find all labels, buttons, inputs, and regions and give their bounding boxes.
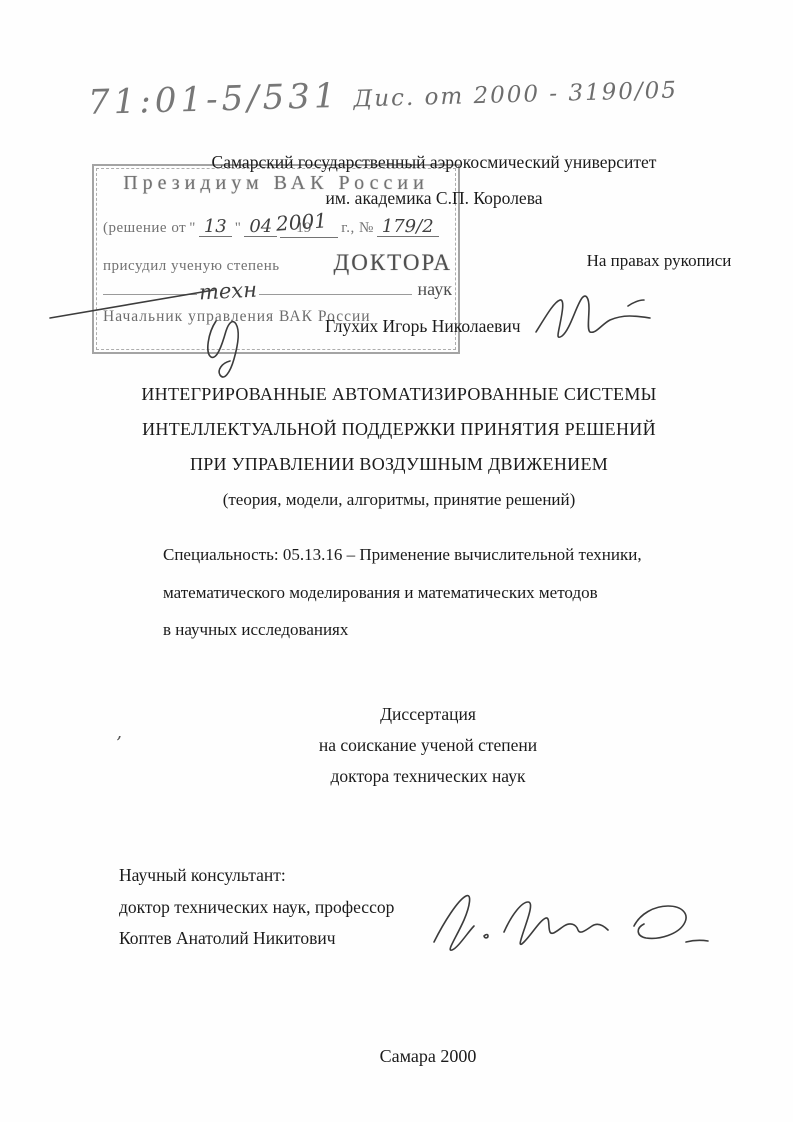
rights-note: На правах рукописи: [559, 251, 759, 271]
handwritten-inventory-note: 71:01-5/531 Дис. от 2000 - 3190/05: [88, 65, 729, 123]
grant-text: присудил ученую степень: [103, 258, 280, 275]
dissertation-title: ИНТЕГРИРОВАННЫЕ АВТОМАТИЗИРОВАННЫЕ СИСТЕ…: [40, 377, 758, 517]
decision-day-handwritten: 13: [199, 218, 232, 237]
specialty-block: Специальность: 05.13.16 – Применение выч…: [163, 536, 773, 649]
inventory-annotation: Дис. от 2000 - 3190/05: [353, 77, 678, 112]
city-year: Самара 2000: [128, 1046, 728, 1067]
stamp-decision-line: (решение от " 13 " 04 19 2001 г., № 179/…: [103, 218, 452, 238]
title-subtitle: (теория, модели, алгоритмы, принятие реш…: [40, 482, 758, 517]
quote-close: ": [235, 220, 242, 237]
title-line-2: ИНТЕЛЛЕКТУАЛЬНОЙ ПОДДЕРЖКИ ПРИНЯТИЯ РЕШЕ…: [40, 412, 758, 447]
dissertation-title-page: 71:01-5/531 Дис. от 2000 - 3190/05 Самар…: [0, 0, 793, 1122]
degree-doctor: ДОКТОРА: [334, 250, 452, 276]
title-line-1: ИНТЕГРИРОВАННЫЕ АВТОМАТИЗИРОВАННЫЕ СИСТЕ…: [40, 377, 758, 412]
inventory-number: 71:01-5/531: [88, 76, 340, 123]
university-name: Самарский государственный аэрокосмически…: [75, 152, 793, 173]
specialty-line-2: математического моделирования и математи…: [163, 574, 773, 612]
decision-year-field: 19 2001: [280, 219, 338, 238]
decision-year-handwritten: 2001: [275, 208, 327, 235]
pen-stroke: [48, 282, 218, 324]
consultant-signature: [428, 880, 718, 975]
date-suffix: г., №: [341, 220, 374, 237]
quote-open: ": [189, 220, 196, 237]
title-line-3: ПРИ УПРАВЛЕНИИ ВОЗДУШНЫМ ДВИЖЕНИЕМ: [40, 447, 758, 482]
handwritten-initial: [200, 315, 285, 383]
decision-month-handwritten: 04: [244, 218, 277, 237]
specialty-line-3: в научных исследованиях: [163, 611, 773, 649]
author-signature: [532, 288, 677, 350]
decision-prefix: (решение от: [103, 220, 186, 237]
stray-comma-mark: ’: [116, 733, 122, 754]
stamp-grant-line: присудил ученую степень ДОКТОРА: [103, 250, 452, 276]
dissertation-statement: Диссертация на соискание ученой степени …: [128, 699, 728, 792]
author-name: Глухих Игорь Николаевич: [325, 316, 521, 337]
specialty-line-1: Специальность: 05.13.16 – Применение выч…: [163, 536, 773, 574]
sciences-label: наук: [418, 279, 452, 300]
university-named-after: им. академика С.П. Королева: [75, 188, 793, 209]
dissertation-line-2: на соискание ученой степени: [128, 730, 728, 761]
decision-number-handwritten: 179/2: [377, 218, 439, 237]
dissertation-line-1: Диссертация: [128, 699, 728, 730]
dissertation-line-3: доктора технических наук: [128, 761, 728, 792]
blank-line: [259, 292, 412, 295]
